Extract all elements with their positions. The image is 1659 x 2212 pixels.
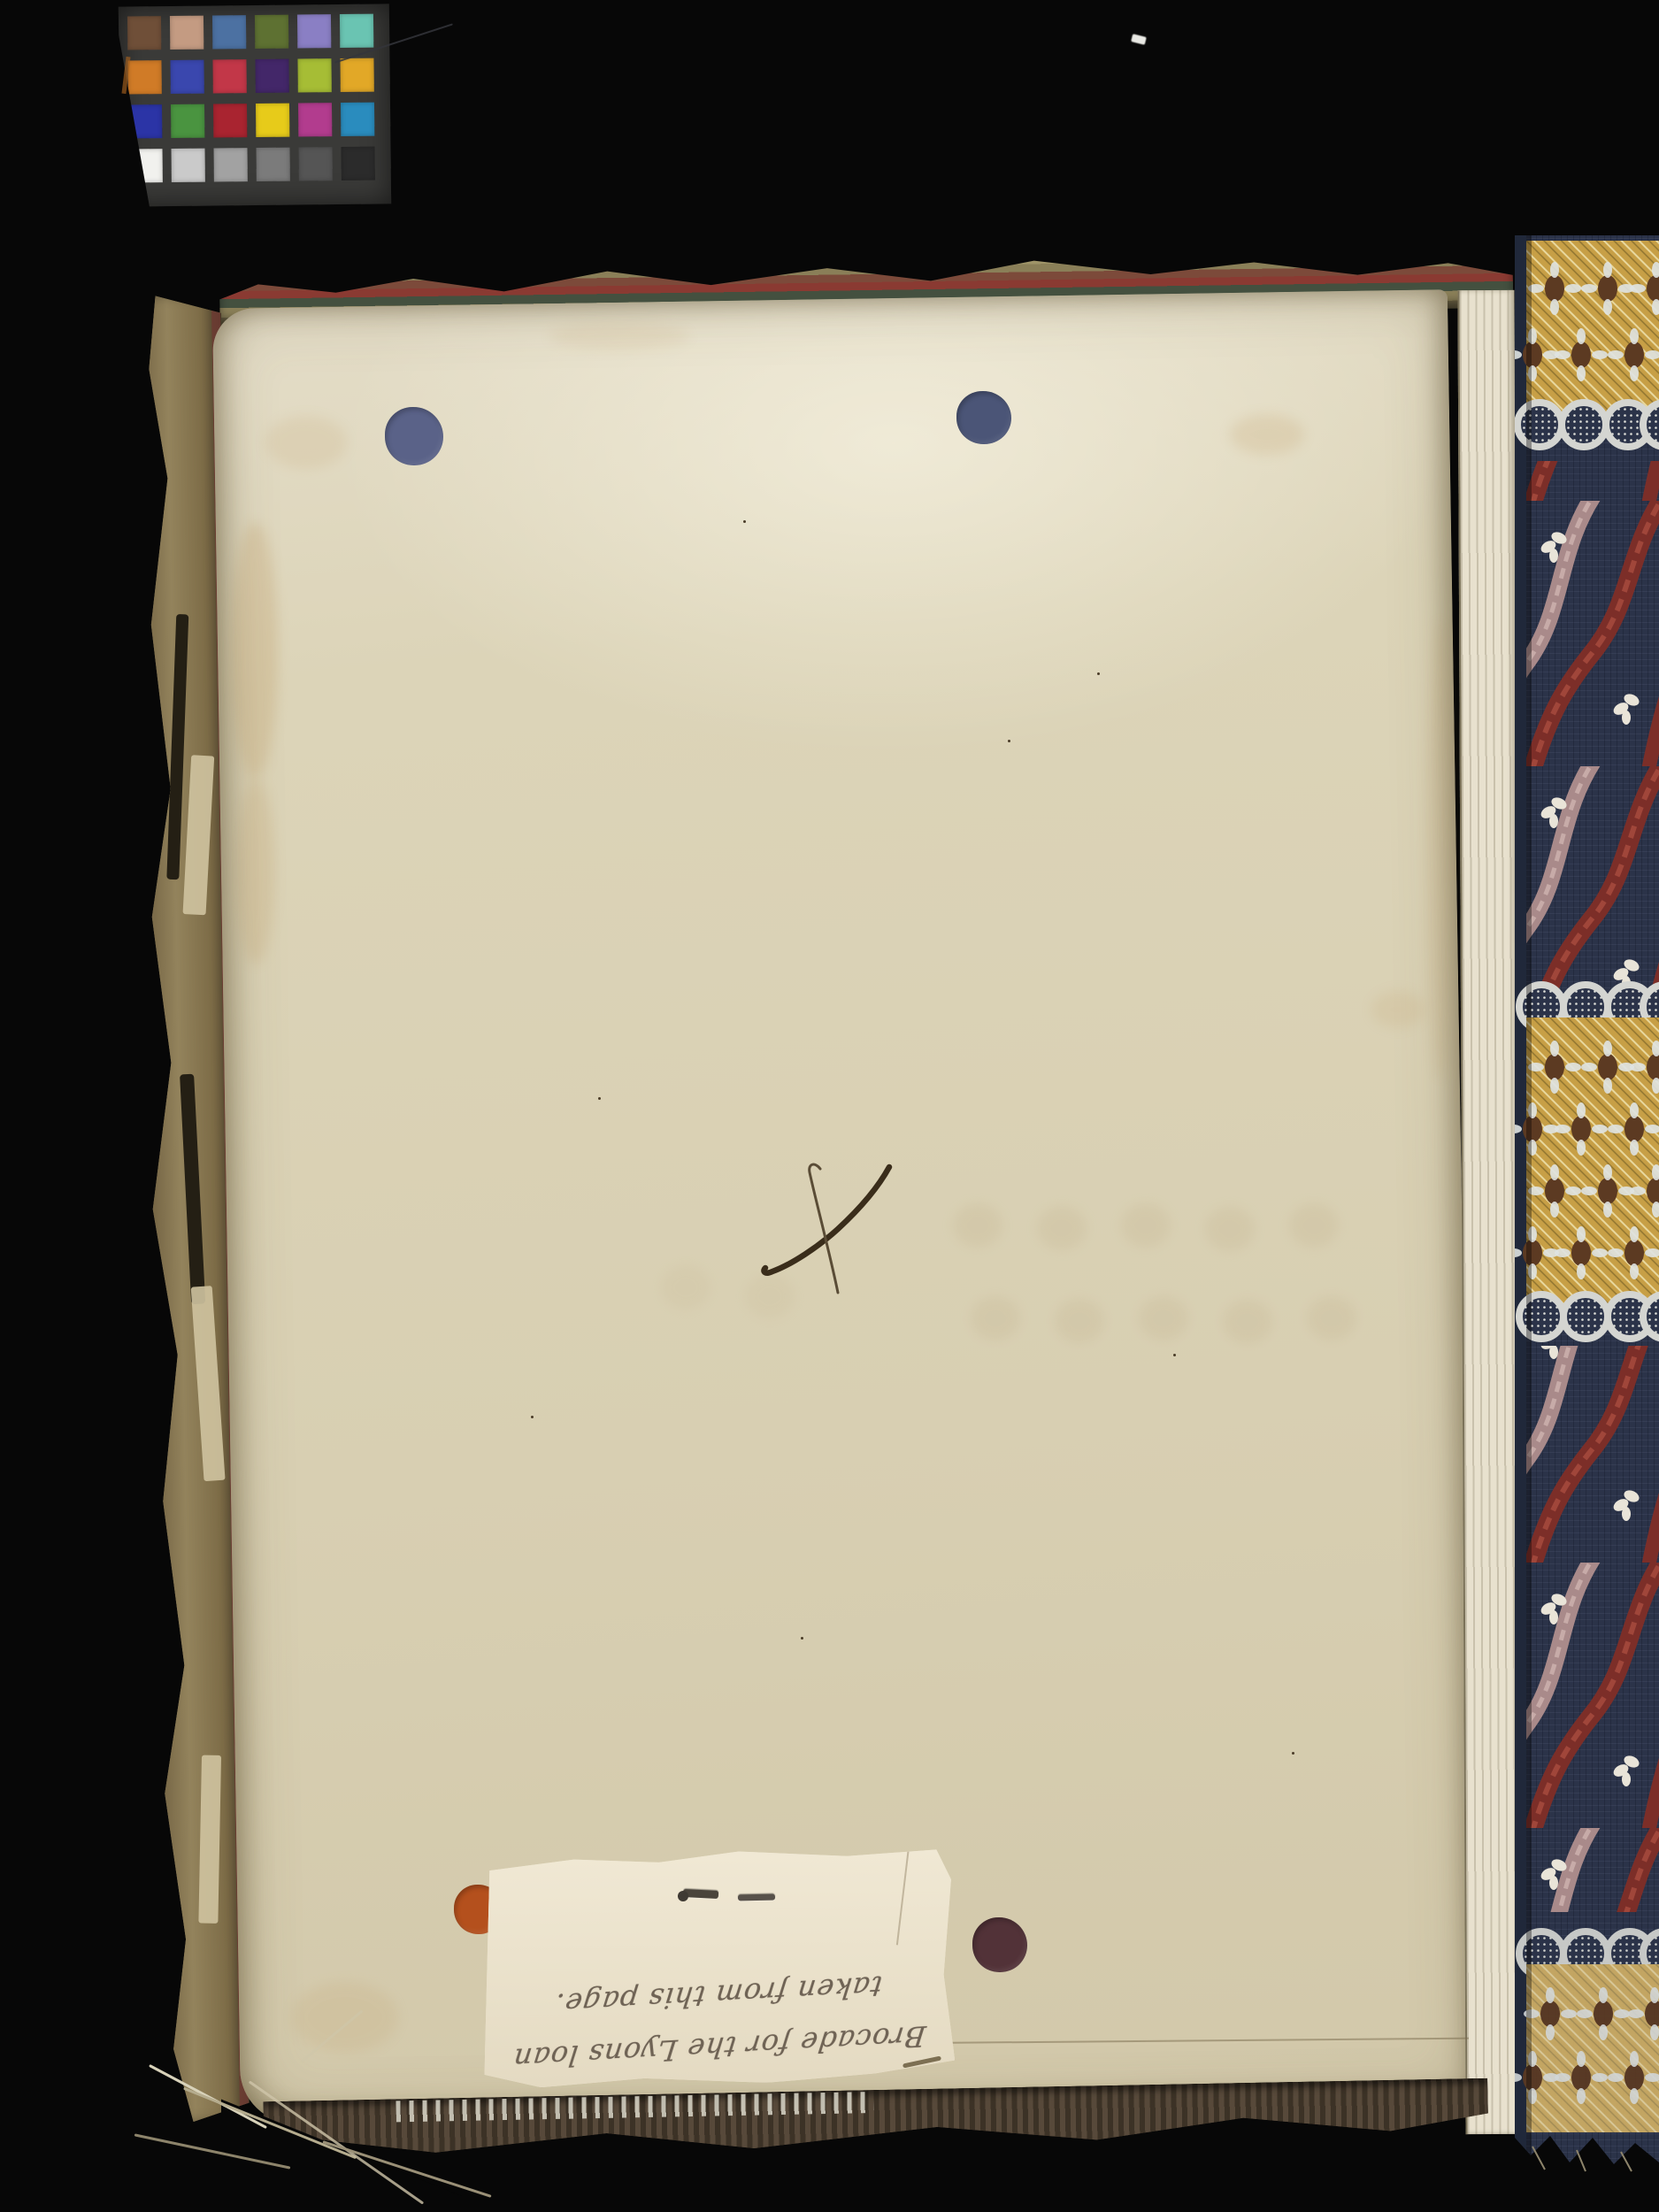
color-chip	[212, 15, 246, 49]
fabric-edge-shadow	[1526, 235, 1532, 2178]
bleed-mark	[953, 1203, 1002, 1248]
blue-dot-2	[956, 391, 1011, 444]
color-calibration-chart	[119, 4, 391, 206]
spine-tear	[166, 614, 188, 879]
color-chip	[297, 14, 331, 48]
color-chip	[255, 59, 288, 93]
color-chip	[297, 58, 331, 92]
gold-band-top	[1515, 241, 1659, 447]
color-chip	[213, 104, 247, 137]
color-chip	[214, 148, 248, 181]
stain	[1371, 991, 1425, 1028]
stain	[292, 1982, 398, 2053]
bleed-mark	[1055, 1299, 1104, 1343]
color-chip	[212, 59, 246, 93]
bleed-mark	[1037, 1206, 1087, 1250]
spine-paper-shard	[183, 755, 215, 915]
speck	[1097, 672, 1100, 675]
color-chip	[172, 149, 205, 182]
pin-head	[678, 1891, 688, 1901]
bleed-mark	[1223, 1300, 1272, 1344]
note-paper: Brocade for the Lyons loan taken from th…	[480, 1847, 955, 2088]
stain	[1426, 619, 1455, 1079]
stain	[232, 522, 278, 779]
spine-paper-shard	[198, 1755, 221, 1924]
spine-tear	[180, 1074, 205, 1304]
speck	[801, 1637, 803, 1640]
x-ink-mark	[757, 1155, 916, 1314]
speck	[1292, 1752, 1294, 1755]
speck	[1008, 740, 1010, 742]
bleed-mark	[661, 1265, 710, 1310]
staple-mark	[738, 1894, 775, 1901]
stain	[549, 323, 690, 349]
photographed-sample-book-page: Brocade for the Lyons loan taken from th…	[0, 0, 1659, 2212]
color-chip	[127, 60, 161, 94]
stain	[237, 779, 274, 964]
color-chip	[257, 148, 290, 181]
fabric-selvage	[1515, 235, 1526, 2178]
color-chip	[256, 104, 289, 137]
color-chip	[340, 58, 373, 92]
color-checker-grid	[127, 14, 375, 183]
speck	[743, 520, 746, 523]
color-chip	[170, 60, 204, 94]
color-chip	[340, 14, 373, 48]
color-chip	[341, 103, 374, 136]
stain	[265, 416, 347, 469]
paper-fleck	[1131, 34, 1147, 45]
brocade-fabric-swatch	[1515, 235, 1659, 2178]
leaf-garland-field	[1526, 461, 1659, 992]
color-chip	[170, 16, 204, 50]
page-fore-edge	[1457, 290, 1522, 2134]
color-chip	[298, 147, 332, 180]
note-handwriting: Brocade for the Lyons loan taken from th…	[480, 1847, 955, 2088]
bleed-mark	[1139, 1296, 1188, 1340]
blue-dot-1	[385, 407, 443, 465]
bleed-mark	[1205, 1207, 1255, 1251]
color-chip	[341, 147, 374, 180]
maroon-dot	[972, 1917, 1027, 1972]
gold-band-middle	[1515, 985, 1659, 1339]
gold-band-bottom	[1515, 1932, 1659, 2132]
color-chip	[127, 16, 161, 50]
bleed-mark	[1307, 1296, 1356, 1340]
bleed-mark	[971, 1296, 1020, 1340]
speck	[531, 1416, 534, 1418]
color-chip	[255, 15, 288, 49]
speck	[598, 1097, 601, 1100]
stain	[1230, 414, 1304, 455]
speck	[1173, 1354, 1176, 1356]
leaf-garland-field	[1526, 1346, 1659, 1912]
bleed-mark	[1289, 1203, 1339, 1248]
bleed-mark	[1121, 1203, 1171, 1248]
spine-paper-shard	[191, 1286, 226, 1481]
color-chip	[298, 103, 332, 136]
color-chip	[171, 104, 204, 138]
